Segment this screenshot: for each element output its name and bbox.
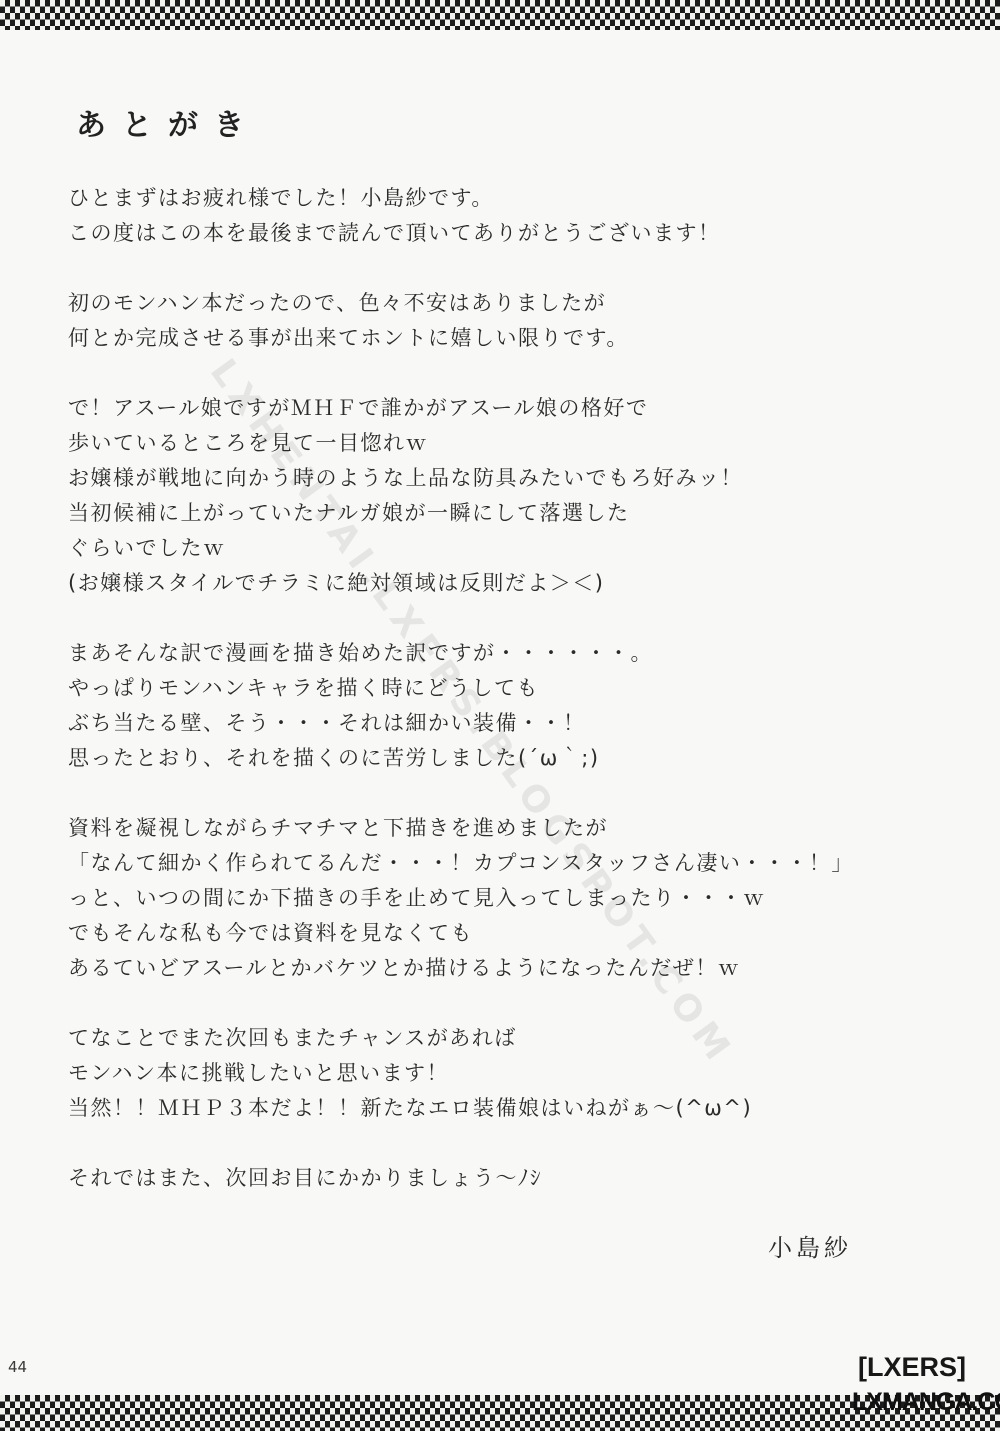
afterword-paragraph: てなことでまた次回もまたチャンスがあれば モンハン本に挑戦したいと思います！ 当… xyxy=(68,1021,988,1126)
text-line: ひとまずはお疲れ様でした！小島紗です。 xyxy=(68,181,988,216)
text-line: 資料を凝視しながらチマチマと下描きを進めましたが xyxy=(68,811,988,846)
afterword-paragraph: それではまた、次回お目にかかりましょう～ﾉｼ xyxy=(68,1161,988,1196)
page-number: 44 xyxy=(8,1358,27,1376)
afterword-paragraph: 資料を凝視しながらチマチマと下描きを進めましたが 「なんて細かく作られてるんだ・… xyxy=(68,811,988,986)
bottom-checkered-border xyxy=(0,1395,1000,1431)
text-line: で！アスール娘ですがＭＨＦで誰かがアスール娘の格好で xyxy=(68,391,988,426)
text-line: 歩いているところを見て一目惚れｗ xyxy=(68,426,988,461)
text-line: 「なんて細かく作られてるんだ・・・！カプコンスタッフさん凄い・・・！」 xyxy=(68,846,988,881)
site-watermark: LXMANGA.COM xyxy=(852,1388,1000,1417)
afterword-paragraph: 初のモンハン本だったので、色々不安はありましたが 何とか完成させる事が出来てホン… xyxy=(68,286,988,356)
text-line: まあそんな訳で漫画を描き始めた訳ですが・・・・・・。 xyxy=(68,636,988,671)
scanlation-group-watermark: [LXERS] xyxy=(858,1352,958,1383)
page-title: あとがき xyxy=(76,100,260,144)
afterword-paragraph: で！アスール娘ですがＭＨＦで誰かがアスール娘の格好で 歩いているところを見て一目… xyxy=(68,391,988,601)
text-line: 当初候補に上がっていたナルガ娘が一瞬にして落選した xyxy=(68,496,988,531)
text-line: それではまた、次回お目にかかりましょう～ﾉｼ xyxy=(68,1161,988,1196)
text-line: てなことでまた次回もまたチャンスがあれば xyxy=(68,1021,988,1056)
top-checkered-border xyxy=(0,0,1000,30)
text-line: やっぱりモンハンキャラを描く時にどうしても xyxy=(68,671,988,706)
text-line: 何とか完成させる事が出来てホントに嬉しい限りです。 xyxy=(68,321,988,356)
afterword-paragraph: まあそんな訳で漫画を描き始めた訳ですが・・・・・・。 やっぱりモンハンキャラを描… xyxy=(68,636,988,776)
text-line: でもそんな私も今では資料を見なくても xyxy=(68,916,988,951)
text-line: 当然！！ＭＨＰ３本だよ！！新たなエロ装備娘はいねがぁ～(^ω^) xyxy=(68,1091,988,1126)
afterword-paragraph: ひとまずはお疲れ様でした！小島紗です。 この度はこの本を最後まで読んで頂いてあり… xyxy=(68,181,988,251)
text-line: 思ったとおり、それを描くのに苦労しました(´ω｀;) xyxy=(68,741,988,776)
text-line: モンハン本に挑戦したいと思います！ xyxy=(68,1056,988,1091)
text-line: っと、いつの間にか下描きの手を止めて見入ってしまったり・・・ｗ xyxy=(68,881,988,916)
afterword-body: ひとまずはお疲れ様でした！小島紗です。 この度はこの本を最後まで読んで頂いてあり… xyxy=(68,181,988,1231)
text-line: ぐらいでしたｗ xyxy=(68,531,988,566)
scanned-afterword-page: { "page": { "title": "あとがき", "page_numbe… xyxy=(0,0,1000,1431)
text-line: この度はこの本を最後まで読んで頂いてありがとうございます！ xyxy=(68,216,988,251)
text-line: お嬢様が戦地に向かう時のような上品な防具みたいでもろ好みッ！ xyxy=(68,461,988,496)
text-line: あるていどアスールとかバケツとか描けるようになったんだぜ！ｗ xyxy=(68,951,988,986)
text-line: 初のモンハン本だったので、色々不安はありましたが xyxy=(68,286,988,321)
author-signature: 小島紗 xyxy=(768,1228,852,1263)
text-line: (お嬢様スタイルでチラミに絶対領域は反則だよ＞＜) xyxy=(68,566,988,601)
text-line: ぶち当たる壁、そう・・・それは細かい装備・・！ xyxy=(68,706,988,741)
